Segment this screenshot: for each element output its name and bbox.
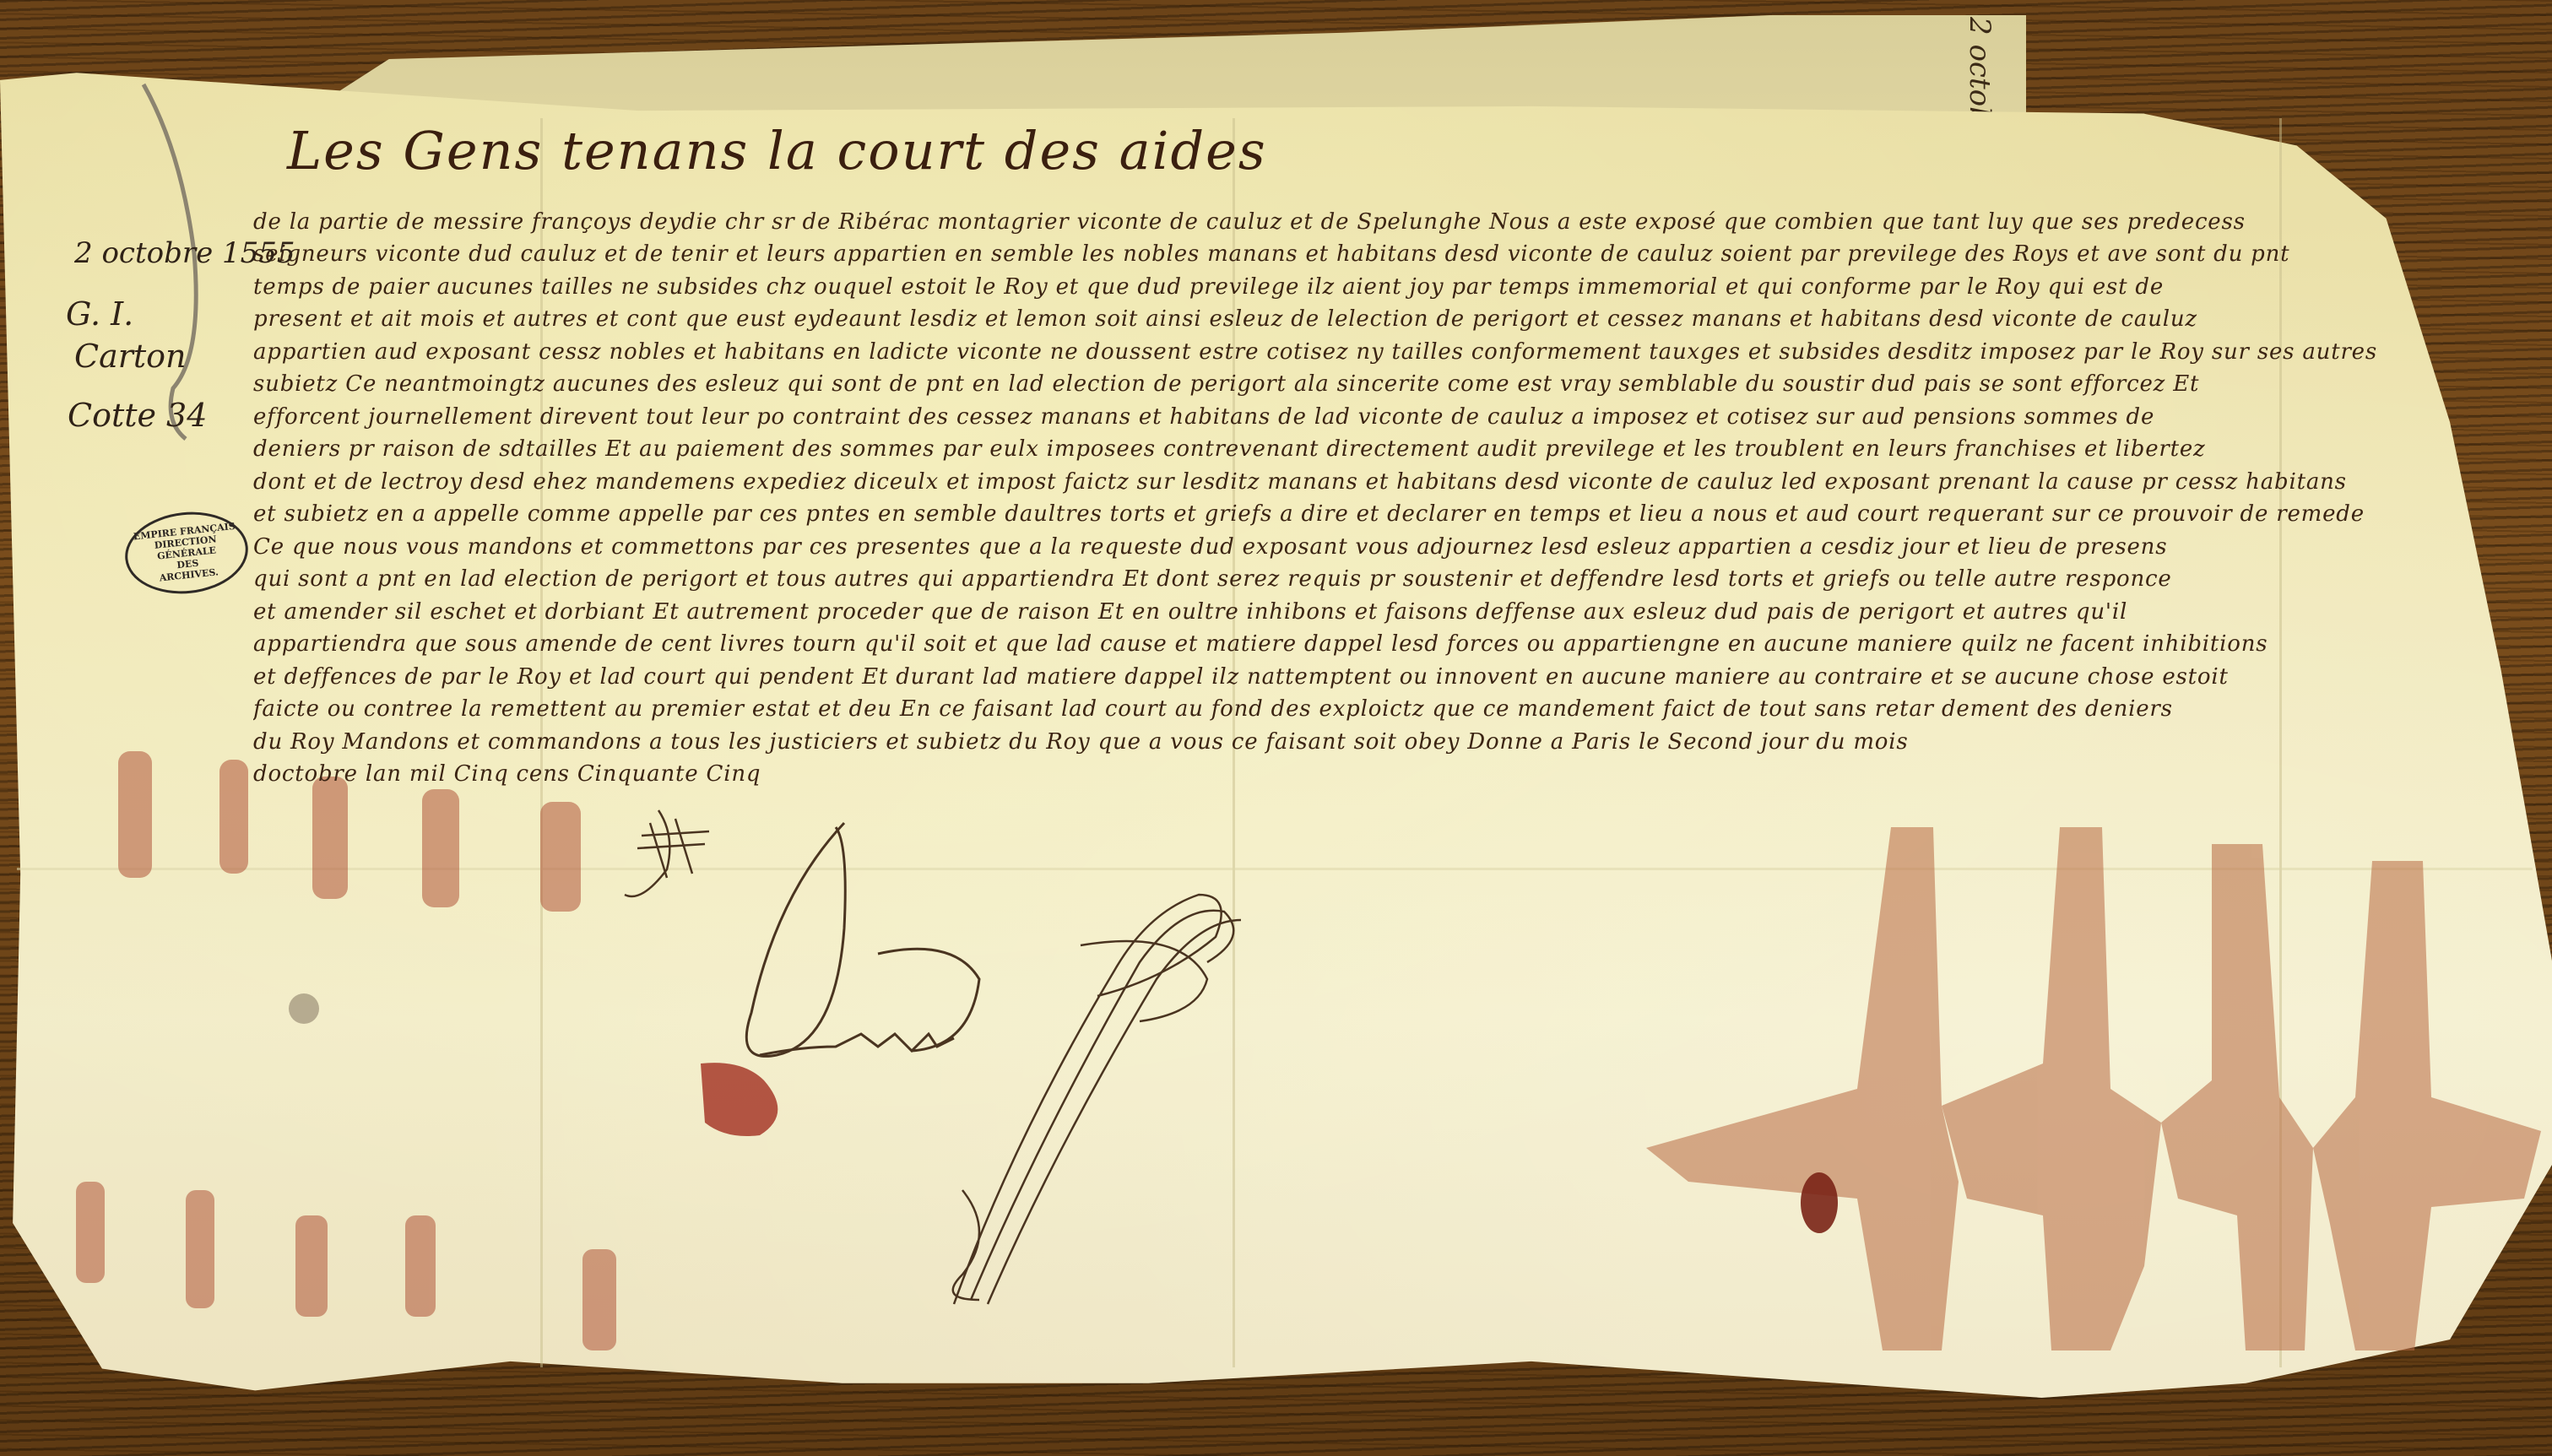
wax-remnant [1801,1172,1838,1233]
body-line: appartien aud exposant cessz nobles et h… [253,336,2482,369]
body-line: deniers pr raison de sdtailles Et au pai… [253,433,2482,466]
body-line: et subietz en a appelle comme appelle pa… [253,498,2482,531]
signature-paraphe [953,895,1241,1304]
wax-remnant [701,1063,778,1136]
body-line: seigneurs viconte dud cauluz et de tenir… [253,238,2482,271]
body-line: dont et de lectroy desd ehez mandemens e… [253,466,2482,499]
body-line: efforcent journellement direvent tout le… [253,401,2482,434]
signature-initials [625,810,709,896]
body-line: appartiendra que sous amende de cent liv… [253,628,2482,661]
body-line: de la partie de messire françoys deydie … [253,206,2482,239]
margin-carton: Carton [74,338,187,375]
body-line: qui sont a pnt en lad election de perigo… [253,563,2482,596]
body-line: subietz Ce neantmoingtz aucunes des esle… [253,368,2482,401]
body-line: et amender sil eschet et dorbiant Et aut… [253,596,2482,629]
document-body: de la partie de messire françoys deydie … [253,173,2482,791]
body-line: et deffences de par le Roy et lad court … [253,661,2482,694]
signature-main [746,823,979,1056]
body-line: temps de paier aucunes tailles ne subsid… [253,271,2482,304]
body-line: doctobre lan mil Cinq cens Cinquante Cin… [253,758,2482,791]
body-line: present et ait mois et autres et cont qu… [253,303,2482,336]
margin-ref: G. I. [66,295,133,333]
right-seal-stains [1646,827,2541,1350]
left-seal-stains [76,751,616,1350]
body-line: faicte ou contree la remettent au premie… [253,693,2482,726]
stamp-line: ARCHIVES. [159,566,219,583]
ink-blot [289,993,319,1024]
margin-cote: Cotte 34 [68,397,207,434]
margin-date: 2 octobre 1555 [74,236,295,270]
body-line: du Roy Mandons et commandons a tous les … [253,726,2482,759]
body-line: Ce que nous vous mandons et commettons p… [253,531,2482,564]
